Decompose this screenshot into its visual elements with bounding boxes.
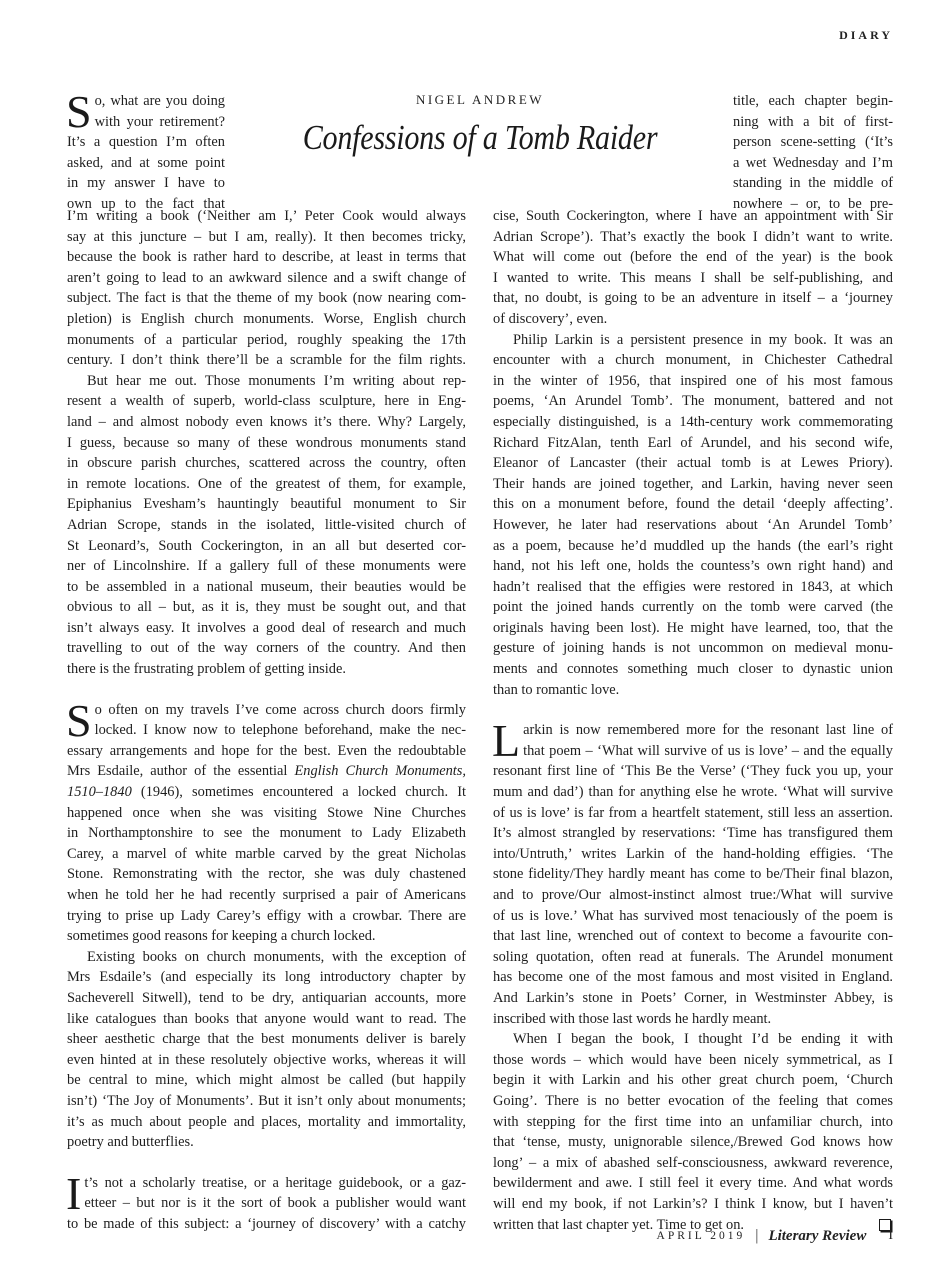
text-line: resonant first line of ‘This Be the Vers… [493,761,893,782]
text-line: Adrian Scrope, stands in the isolated, l… [67,515,466,536]
text-line: sometimes good reasons for keeping a chu… [67,926,466,947]
right-column: cise, South Cockerington, where I have a… [493,206,893,1235]
text-line: than to romantic love. [493,680,893,701]
drop-cap: L [492,723,520,759]
paragraph: I t’s not a scholarly treatise, or a her… [67,1173,466,1235]
text-line: And Larkin’s stone in Poets’ Corner, in … [493,988,893,1009]
text-line: o often on my travels I’ve come across c… [67,700,466,721]
text-line: standing in the middle of [733,173,893,194]
page-footer: APRIL 2019 | Literary Review I [657,1227,893,1245]
text-line: ments and connotes something much closer… [493,659,893,680]
text-line: say at this juncture – but I am, really)… [67,227,466,248]
paragraph: S o often on my travels I’ve come across… [67,700,466,947]
text-line: Eleanor of Lancaster (their actual tomb … [493,453,893,474]
paragraph: When I began the book, I thought I’d be … [493,1029,893,1235]
text-line: ning with a bit of first- [733,112,893,133]
text-line: trying to prise up Lady Carey’s effigy w… [67,906,466,927]
text-line: originals having been lost). He might ha… [493,618,893,639]
text-line: poetry and butterflies. [67,1132,466,1153]
footer-separator: | [755,1227,758,1245]
book-title: English Church Monuments, [294,763,466,779]
drop-cap: I [66,1176,81,1212]
text-line: Adrian Scrope’). That’s exactly the book… [493,227,893,248]
left-column: I’m writing a book (‘Neither am I,’ Pete… [67,206,466,1235]
text-line: it’s as much about people and places, mo… [67,1112,466,1133]
paragraph: Existing books on church monuments, with… [67,947,466,1153]
text-line: essary arrangements and hope for the bes… [67,741,466,762]
text-line: will end my book, if not Larkin’s? I thi… [493,1194,893,1215]
text-line: ner of Lincolnshire. If a gallery full o… [67,556,466,577]
text-line: inscribed with those last words he hardl… [493,1009,893,1030]
text-line: hand, not his left one, holds the counte… [493,556,893,577]
publication-name: Literary Review [768,1228,866,1245]
text-line: has become one of the most famous and mo… [493,967,893,988]
text-line: pletion) is English church monuments. Wo… [67,309,466,330]
text-fragment: Mrs Esdaile, author of the essential [67,763,294,779]
text-line: this on a monument before, found the det… [493,494,893,515]
paragraph: Philip Larkin is a persistent presence i… [493,330,893,701]
text-line: Philip Larkin is a persistent presence i… [493,330,893,351]
author-byline: NIGEL ANDREW [240,92,720,108]
text-line: with stepping for the first time into an… [493,1112,893,1133]
text-line: mum and dad’) than for anything else he … [493,782,893,803]
text-line: bewilderment and awe. I still feel it ev… [493,1173,893,1194]
text-line: person scene-setting (‘It’s [733,132,893,153]
intro-left-block: S o, what are you doing with your retire… [67,91,225,215]
text-line: those words – which would have been nice… [493,1050,893,1071]
paragraph: cise, South Cockerington, where I have a… [493,206,893,330]
text-line: that last line, wrenched out of context … [493,926,893,947]
paragraph: But hear me out. Those monuments I’m wri… [67,371,466,680]
text-line: cise, South Cockerington, where I have a… [493,206,893,227]
text-line: in my answer I have to [67,173,225,194]
page-number: I [888,1228,893,1244]
text-line: It’s almost strangled by reservations: ‘… [493,823,893,844]
text-line: arkin is now remembered more for the res… [493,720,893,741]
text-line: long’ – a mix of abashed self-consciousn… [493,1153,893,1174]
text-line: obvious to all – but, as it is, they mus… [67,597,466,618]
text-line: When I began the book, I thought I’d be … [493,1029,893,1050]
text-line: St Leonard’s, South Cockerington, in an … [67,536,466,557]
text-line: isn’t always easy. It involves a good de… [67,618,466,639]
text-line: Mrs Esdaile, author of the essential Eng… [67,761,466,782]
text-line: isn’t) ‘The Joy of Monuments’. But it is… [67,1091,466,1112]
text-line: sheer aesthetic charge that the best mon… [67,1029,466,1050]
text-line: and to prove/Our almost-instinct almost … [493,885,893,906]
text-line: stone fidelity/They hardly meant has com… [493,864,893,885]
text-line: What will come out (before the end of th… [493,247,893,268]
text-line: in remote locations. One of the greatest… [67,474,466,495]
text-line: monuments of a particular period, roughl… [67,330,466,351]
text-line: to be assembled in a national museum, th… [67,577,466,598]
text-line: that ‘tense, musty, unignorable silence,… [493,1132,893,1153]
text-line: that, no doubt, is going to be an advent… [493,288,893,309]
text-line: It’s a question I’m often [67,132,225,153]
text-line: I’m writing a book (‘Neither am I,’ Pete… [67,206,466,227]
text-line: I guess, because so many of these wondro… [67,433,466,454]
text-line: of us is love’ is far from a heartfelt s… [493,803,893,824]
text-line: But hear me out. Those monuments I’m wri… [67,371,466,392]
text-line: encounter with a church monument, in Chi… [493,350,893,371]
text-line: Mrs Esdaile’s (and especially its long i… [67,967,466,988]
text-line: hadn’t realised that the effigies were r… [493,577,893,598]
text-line: land – and almost nobody even knows it’s… [67,412,466,433]
text-line: aren’t going to lead to an awkward silen… [67,268,466,289]
text-line: Richard FitzAlan, tenth Earl of Arundel,… [493,433,893,454]
text-line: in obscure parish churches, scattered ac… [67,453,466,474]
text-line: etteer – but nor is it the sort of book … [67,1193,466,1214]
article-title: Confessions of a Tomb Raider [274,118,687,158]
text-line: happened once when she was visiting Stow… [67,803,466,824]
text-line: However, he later had reservations about… [493,515,893,536]
text-line: Existing books on church monuments, with… [67,947,466,968]
text-line: of us is love.’ What has survived most t… [493,906,893,927]
text-line: into/Untruth,’ writes Larkin of the hand… [493,844,893,865]
text-line: of discovery’, even. [493,309,893,330]
text-line: because the book is rather hard to descr… [67,247,466,268]
drop-cap: S [66,703,92,739]
text-line: there is the frustrating problem of gett… [67,659,466,680]
text-line: a wet Wednesday and I’m [733,153,893,174]
text-line: century. I don’t think there’ll be a scr… [67,350,466,371]
text-line: t’s not a scholarly treatise, or a herit… [67,1173,466,1194]
text-line: like catalogues than books that anyone w… [67,1009,466,1030]
intro-right-block: title, each chapter begin- ning with a b… [733,91,893,215]
issue-date: APRIL 2019 [657,1230,746,1242]
section-label: DIARY [839,28,893,43]
text-line: to be made of this subject: a ‘journey o… [67,1214,466,1235]
text-line: 1510–1840 (1946), sometimes encountered … [67,782,466,803]
text-line: Their hands are joined together, and Lar… [493,474,893,495]
text-line: gesture of joining hands is not uncommon… [493,638,893,659]
text-fragment: (1946), sometimes encountered a locked c… [132,784,466,800]
text-line: even hinted at in these resolutely objec… [67,1050,466,1071]
text-line: soling quotation, often read at funerals… [493,947,893,968]
text-line: be central to mine, which might almost b… [67,1070,466,1091]
text-line: title, each chapter begin- [733,91,893,112]
text-line: resent a wealth of superb, world-class s… [67,391,466,412]
text-line: subject. The fact is that the theme of m… [67,288,466,309]
text-line: Going’. There is no better evocation of … [493,1091,893,1112]
text-line: begin it with Larkin and his other great… [493,1070,893,1091]
text-line: in Northamptonshire to see the monument … [67,823,466,844]
paragraph: I’m writing a book (‘Neither am I,’ Pete… [67,206,466,371]
text-line: in the winter of 1956, that inspired one… [493,371,893,392]
text-line: Carey, a marvel of white marble carved b… [67,844,466,865]
text-line: travelling to out of the way corners of … [67,638,466,659]
text-line: poems, ‘An Arundel Tomb’. The monument, … [493,391,893,412]
text-line: I wanted to write. This means I shall be… [493,268,893,289]
text-line: as a poem, because he’d muddled up the h… [493,536,893,557]
paragraph: L arkin is now remembered more for the r… [493,720,893,1029]
text-line: especially distinguished, is a 14th-cent… [493,412,893,433]
drop-cap: S [66,94,92,130]
text-line: when he told her he had recently surpris… [67,885,466,906]
book-title: 1510–1840 [67,784,132,800]
text-line: that poem – ‘What will survive of us is … [493,741,893,762]
text-line: point the joined hands currently on the … [493,597,893,618]
text-line: asked, and at some point [67,153,225,174]
text-line: Stone. Remonstrating with the rector, sh… [67,864,466,885]
text-line: locked. I know now to telephone beforeha… [67,720,466,741]
text-line: Epiphanius Evesham’s hauntingly beautifu… [67,494,466,515]
text-line: Sacheverell Sitwell), tend to be dry, an… [67,988,466,1009]
